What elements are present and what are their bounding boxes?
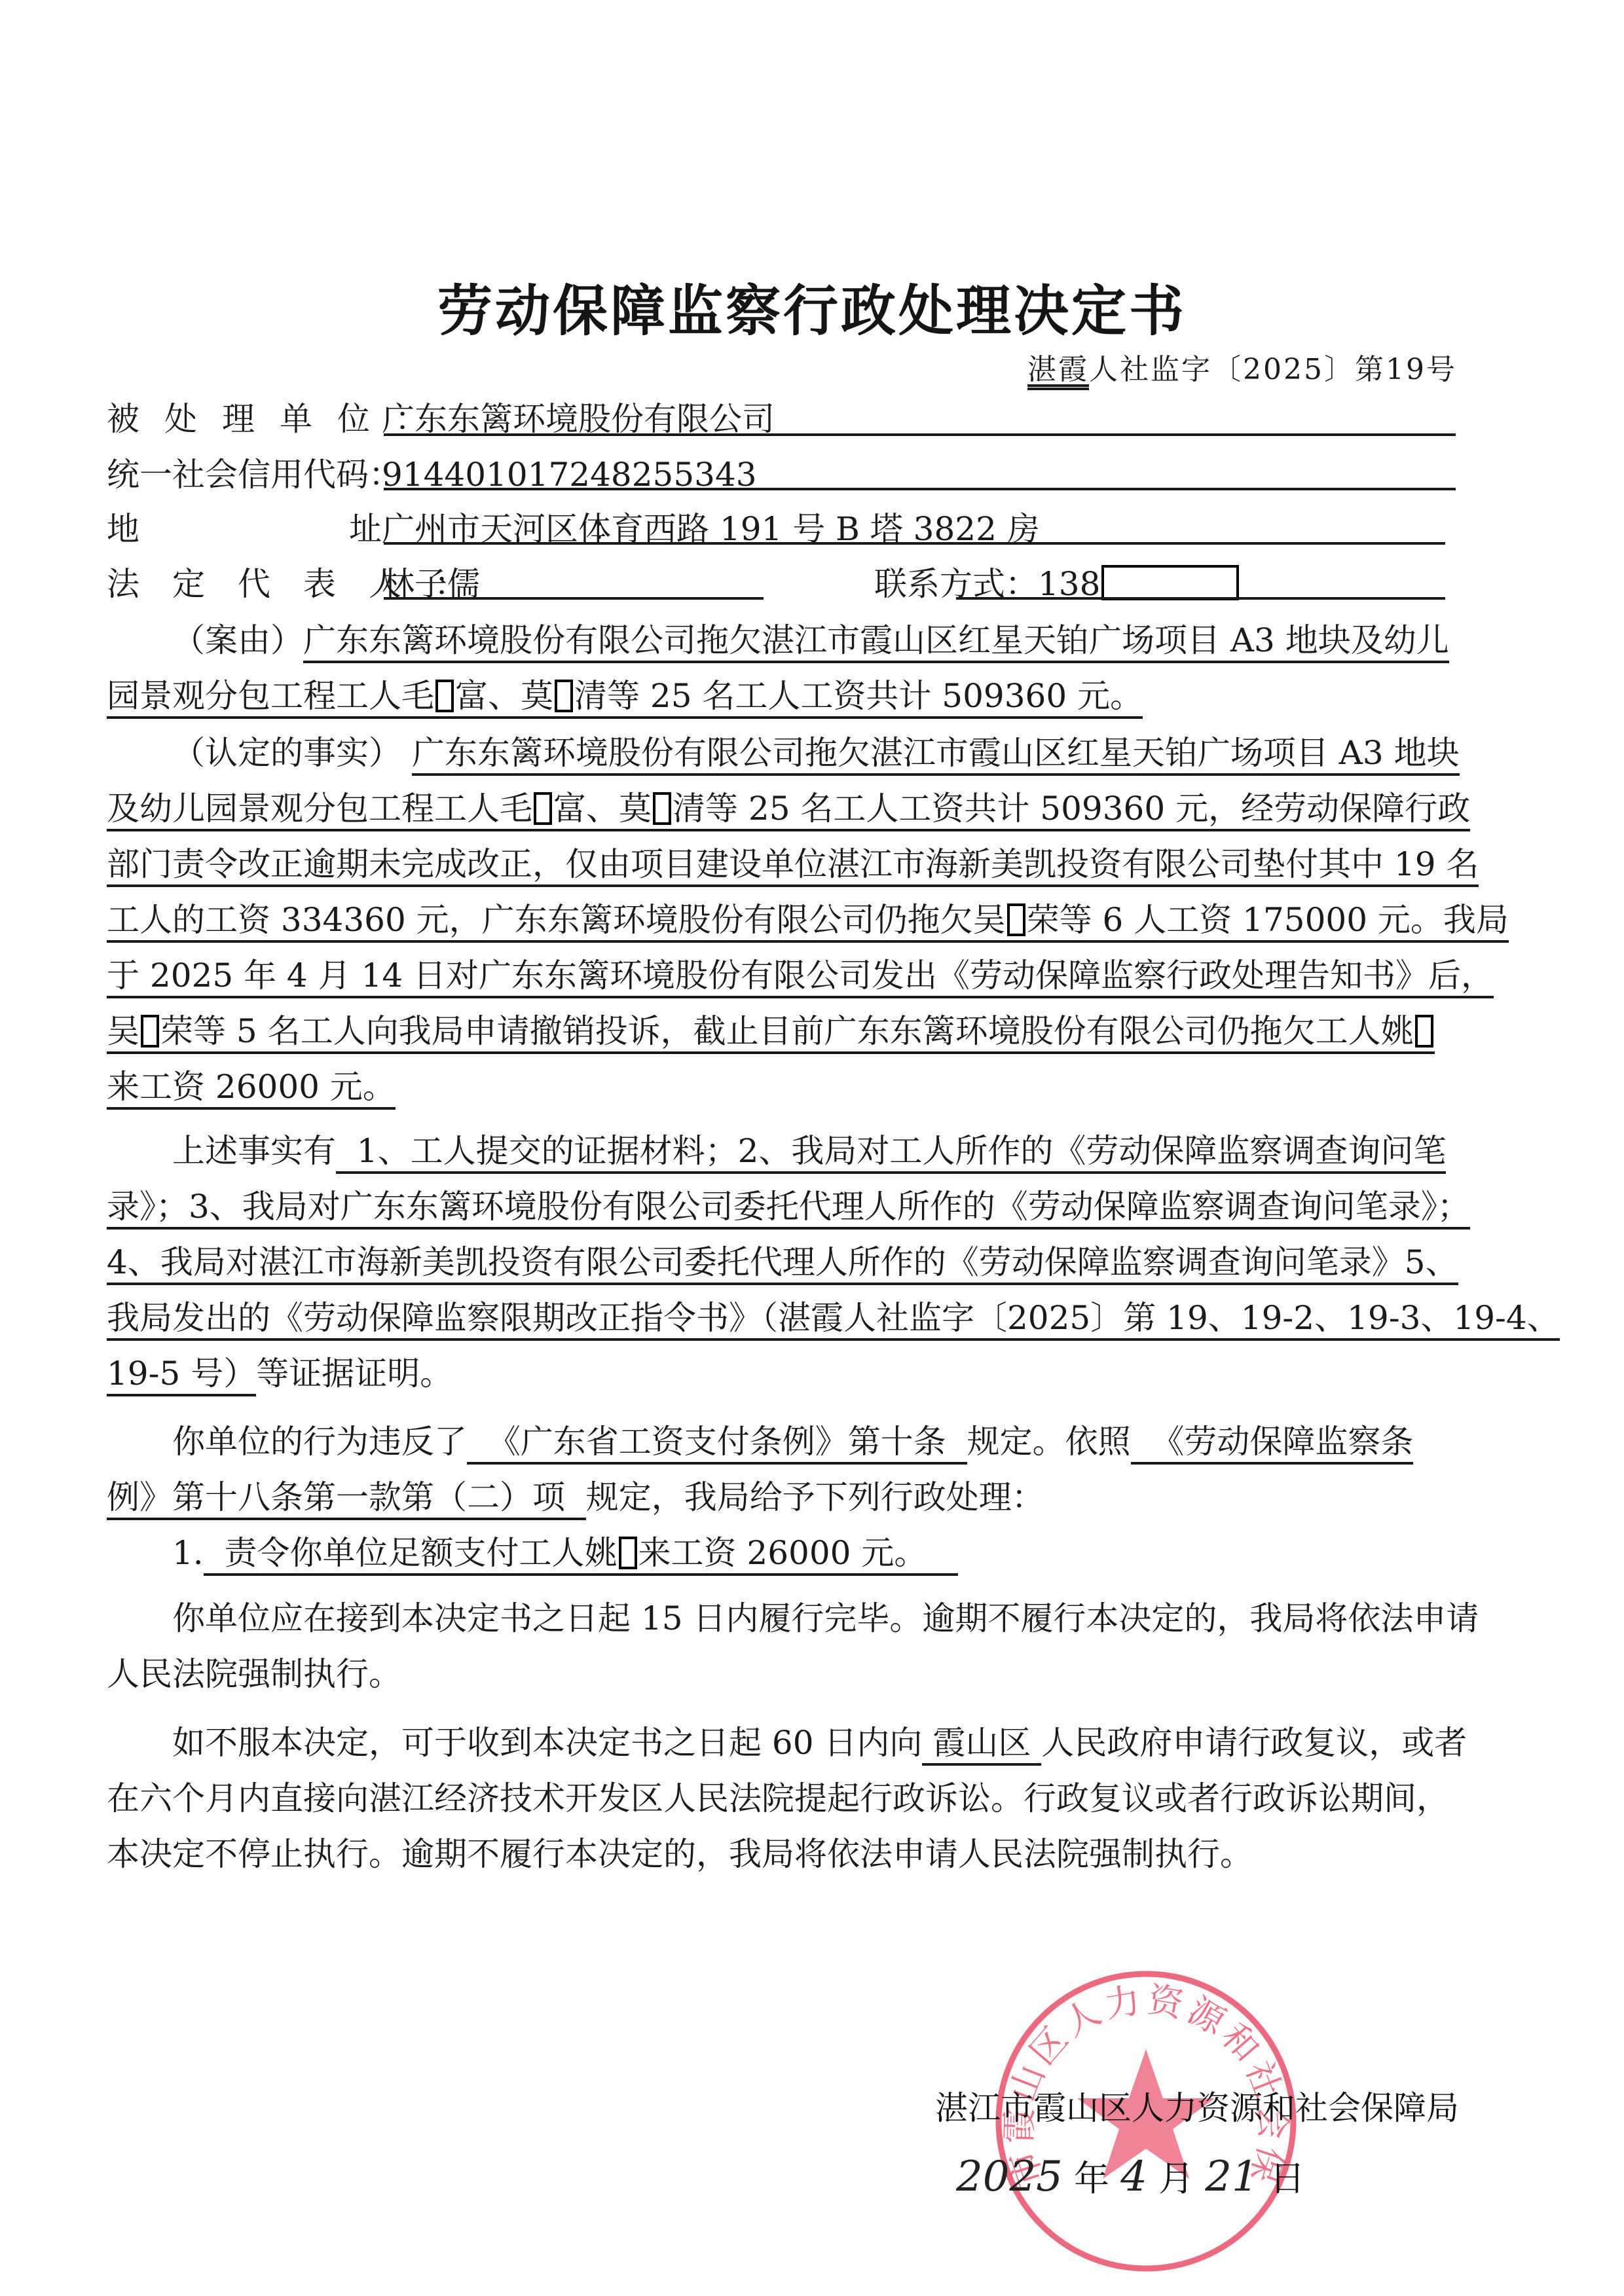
evidence-line-1: 上述事实有 1、工人提交的证据材料；2、我局对工人所作的《劳动保障监察调查询问笔	[107, 1131, 1446, 1171]
redaction-box	[534, 792, 552, 825]
appeal-line-3: 本决定不停止执行。逾期不履行本决定的，我局将依法申请人民法院强制执行。	[107, 1834, 1253, 1874]
case-cause-line-2: 园景观分包工程工人毛富、莫清等 25 名工人工资共计 509360 元。	[107, 676, 1143, 716]
field-address-label: 地址：	[107, 509, 382, 549]
violation-line-1: 你单位的行为违反了 《广东省工资支付条例》第十条 规定。依照 《劳动保障监察条	[107, 1422, 1413, 1461]
field-unit-label: 被处理单位：	[107, 399, 382, 439]
redaction-box	[619, 1537, 637, 1569]
doc-number-rest: 人社监字〔2025〕第19号	[1089, 353, 1457, 386]
field-legal-rep-label: 法定代表人：	[107, 564, 382, 604]
field-unit-underline	[384, 433, 1456, 436]
redaction-box	[1415, 1015, 1433, 1048]
facts-line-3: 部门责令改正逾期未完成改正，仅由项目建设单位湛江市海新美凯投资有限公司垫付其中 …	[107, 845, 1479, 884]
deadline-line-1: 你单位应在接到本决定书之日起 15 日内履行完毕。逾期不履行本决定的，我局将依法…	[107, 1599, 1479, 1638]
decision-document-page: 劳动保障监察行政处理决定书 湛霞人社监字〔2025〕第19号 被处理单位：广东东…	[0, 0, 1624, 2296]
facts-line-5: 于 2025 年 4 月 14 日对广东东篱环境股份有限公司发出《劳动保障监察行…	[107, 956, 1494, 995]
document-title: 劳动保障监察行政处理决定书	[0, 267, 1624, 346]
issue-date: 2025 年 4 月 21 日	[956, 2151, 1305, 2201]
appeal-line-2: 在六个月内直接向湛江经济技术开发区人民法院提起行政诉讼。行政复议或者行政诉讼期间…	[107, 1779, 1449, 1818]
field-address-underline	[384, 542, 1445, 545]
appeal-line-1: 如不服本决定，可于收到本决定书之日起 60 日内向 霞山区 人民政府申请行政复议…	[107, 1723, 1467, 1762]
field-unit-value: 广东东篱环境股份有限公司	[382, 400, 775, 438]
issuing-authority: 湛江市霞山区人力资源和社会保障局	[935, 2082, 1459, 2129]
field-credit-code-label: 统一社会信用代码：	[107, 455, 382, 494]
handwritten-year: 2025	[956, 2153, 1063, 2201]
evidence-line-5: 19-5 号）等证据证明。	[107, 1354, 452, 1393]
evidence-line-4: 我局发出的《劳动保障监察限期改正指令书》（湛霞人社监字〔2025〕第 19、19…	[107, 1298, 1560, 1338]
violation-line-2: 例》第十八条第一款第（二）项 规定，我局给予下列行政处理：	[107, 1478, 1044, 1517]
decision-item-1: 1. 责令你单位足额支付工人姚来工资 26000 元。	[107, 1533, 958, 1573]
facts-line-6: 吴荣等 5 名工人向我局申请撤销投诉，截止目前广东东篱环境股份有限公司仍拖欠工人…	[107, 1011, 1435, 1051]
doc-number-prefix: 湛霞	[1027, 353, 1089, 390]
redaction-box	[555, 680, 573, 712]
evidence-line-3: 4、我局对湛江市海新美凯投资有限公司委托代理人所作的《劳动保障监察调查询问笔录》…	[107, 1243, 1458, 1282]
redaction-box	[653, 792, 671, 825]
appeal-district: 霞山区	[932, 1724, 1031, 1762]
facts-line-4: 工人的工资 334360 元，广东东篱环境股份有限公司仍拖欠吴荣等 6 人工资 …	[107, 900, 1509, 939]
evidence-line-2: 录》；3、我局对广东东篱环境股份有限公司委托代理人所作的《劳动保障监察调查询问笔…	[107, 1187, 1470, 1226]
facts-label: （认定的事实）	[172, 734, 401, 772]
redaction-box	[435, 680, 454, 712]
facts-line-7: 来工资 26000 元。	[107, 1067, 396, 1106]
field-contact-underline	[956, 597, 1445, 600]
redaction-box	[1007, 903, 1025, 936]
field-legal-rep-underline	[384, 597, 764, 600]
handwritten-month: 4	[1120, 2153, 1147, 2201]
deadline-line-2: 人民法院强制执行。	[107, 1654, 401, 1694]
case-cause-line-1: （案由）广东东篱环境股份有限公司拖欠湛江市霞山区红星天铂广场项目 A3 地块及幼…	[107, 621, 1449, 660]
field-credit-code-underline	[384, 488, 1456, 490]
document-number: 湛霞人社监字〔2025〕第19号	[1027, 346, 1457, 388]
facts-line-1: （认定的事实） 广东东篱环境股份有限公司拖欠湛江市霞山区红星天铂广场项目 A3 …	[107, 733, 1460, 773]
field-unit: 被处理单位：广东东篱环境股份有限公司	[107, 399, 775, 439]
facts-line-2: 及幼儿园景观分包工程工人毛富、莫清等 25 名工人工资共计 509360 元，经…	[107, 789, 1470, 828]
handwritten-day: 21	[1205, 2153, 1258, 2201]
redaction-box	[1101, 565, 1239, 600]
law-violated: 《广东省工资支付条例》第十条	[488, 1423, 946, 1461]
case-cause-label: （案由）	[172, 621, 303, 659]
redaction-box	[141, 1015, 159, 1048]
